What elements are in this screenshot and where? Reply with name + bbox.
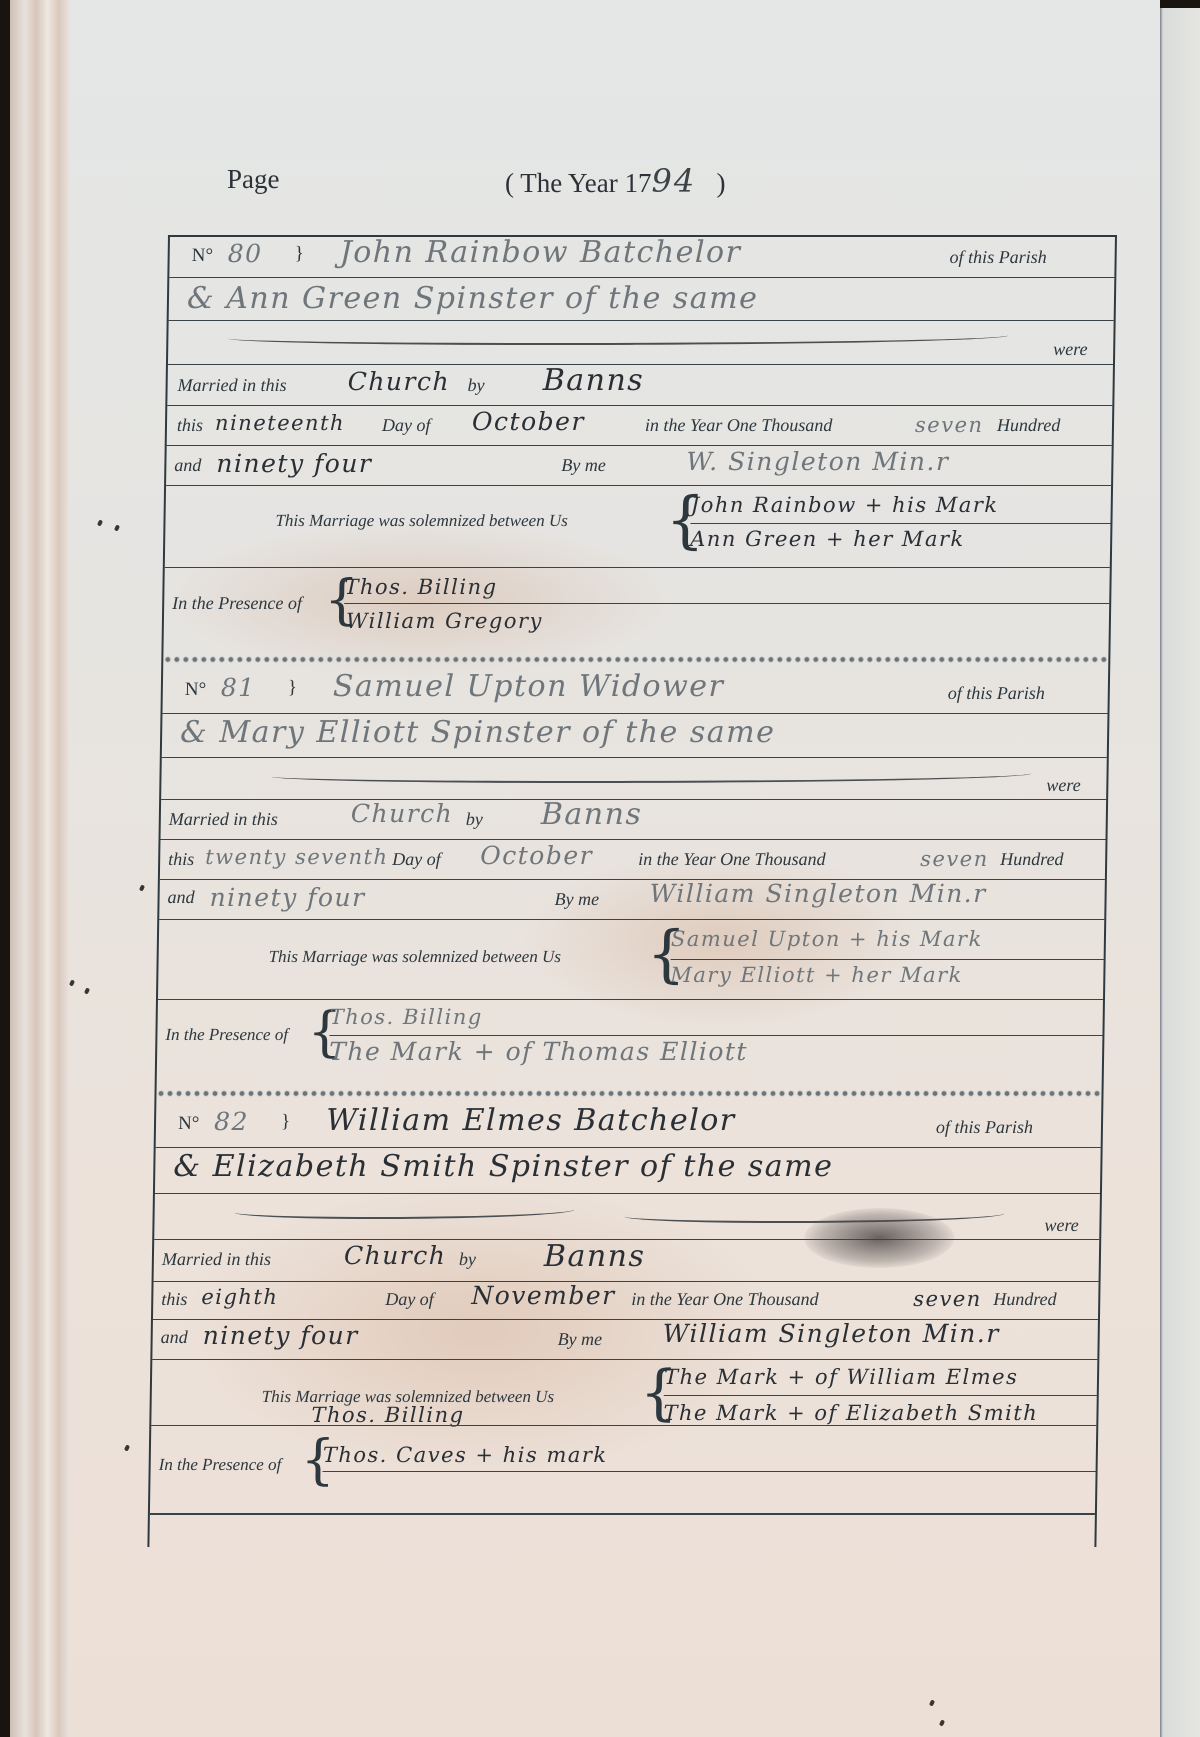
by-label: by — [467, 375, 484, 396]
brace-mark: } — [288, 677, 297, 699]
decade: ninety four — [209, 883, 365, 912]
century-word: seven — [920, 847, 989, 871]
decade: ninety four — [216, 449, 372, 478]
bride-line: & Ann Green Spinster of the same — [187, 281, 759, 316]
parish-label: of this Parish — [936, 1117, 1033, 1138]
year-label: in the Year One Thousand — [638, 849, 826, 870]
bride-signature: Mary Elliott + her Mark — [670, 963, 963, 987]
bride-line: & Elizabeth Smith Spinster of the same — [173, 1149, 834, 1184]
and-label: and — [167, 887, 194, 908]
brace-mark: } — [281, 1111, 290, 1133]
this-label: this — [177, 415, 203, 436]
decade: ninety four — [202, 1321, 358, 1350]
presence-label: In the Presence of — [172, 593, 302, 614]
married-in-label: Married in this — [162, 1249, 271, 1270]
century-word: seven — [915, 413, 984, 437]
and-label: and — [174, 455, 201, 476]
officiant-signature: W. Singleton Min.r — [686, 447, 949, 476]
by-method: Banns — [544, 1239, 646, 1274]
page-header: Page ( The Year 1794 ) — [0, 158, 1200, 198]
number-label: N° — [185, 679, 207, 701]
month: November — [471, 1281, 616, 1310]
bride-signature: Ann Green + her Mark — [690, 527, 965, 551]
witness-1: Thos. Billing — [311, 1403, 464, 1427]
filler-flourish — [235, 1203, 575, 1219]
by-me-label: By me — [561, 455, 606, 476]
day-of-label: Day of — [385, 1289, 434, 1310]
witness-2: The Mark + of Thomas Elliott — [329, 1037, 748, 1066]
bride-signature: The Mark + of Elizabeth Smith — [663, 1401, 1038, 1425]
groom-signature: The Mark + of William Elmes — [664, 1365, 1019, 1389]
day-of-label: Day of — [382, 415, 431, 436]
day: nineteenth — [215, 411, 345, 435]
witness-2: Thos. Caves + his mark — [323, 1443, 608, 1467]
hundred-label: Hundred — [1000, 849, 1064, 870]
officiant-signature: William Singleton Min.r — [663, 1319, 1001, 1348]
married-in-label: Married in this — [169, 809, 278, 830]
witness-2: William Gregory — [346, 609, 543, 633]
by-label: by — [459, 1249, 476, 1270]
groom-name: John Rainbow Batchelor — [339, 235, 741, 270]
officiant-signature: William Singleton Min.r — [649, 879, 987, 908]
entry-number: 80 — [227, 239, 262, 268]
day: twenty seventh — [205, 845, 389, 869]
witness-1: Thos. Billing — [344, 575, 497, 599]
entry-number: 81 — [221, 673, 256, 702]
number-label: N° — [191, 245, 213, 267]
and-label: and — [161, 1327, 188, 1348]
page-label: Page — [227, 164, 279, 195]
parish-label: of this Parish — [949, 247, 1046, 268]
were-label: were — [1046, 775, 1081, 796]
hundred-label: Hundred — [997, 415, 1061, 436]
entry-divider — [163, 655, 1108, 664]
presence-label: In the Presence of — [159, 1455, 282, 1475]
year-heading: ( The Year 1794 ) — [505, 162, 725, 200]
brace-mark: } — [295, 243, 304, 265]
marriage-register-table: N° 80 } John Rainbow Batchelor of this P… — [147, 235, 1117, 1547]
year-handwritten: 94 — [651, 162, 696, 200]
presence-label: In the Presence of — [165, 1025, 288, 1045]
by-me-label: By me — [557, 1329, 602, 1350]
ink-smudge — [804, 1208, 955, 1268]
month: October — [472, 407, 585, 436]
this-label: this — [168, 849, 194, 870]
entry-number: 82 — [214, 1107, 249, 1136]
this-label: this — [161, 1289, 187, 1310]
groom-signature: John Rainbow + his Mark — [691, 493, 999, 517]
facing-page-edge — [1160, 8, 1200, 1737]
bride-line: & Mary Elliott Spinster of the same — [180, 715, 776, 750]
groom-signature: Samuel Upton + his Mark — [671, 927, 983, 951]
by-method: Banns — [541, 797, 643, 832]
solemnized-label: This Marriage was solemnized between Us — [269, 947, 562, 967]
filler-flourish — [271, 767, 1031, 783]
place: Church — [347, 367, 450, 396]
filler-flourish — [228, 329, 1008, 345]
number-label: N° — [178, 1113, 200, 1135]
groom-name: Samuel Upton Widower — [333, 669, 725, 704]
parish-label: of this Parish — [948, 683, 1045, 704]
entry-divider — [156, 1089, 1101, 1098]
month: October — [480, 841, 593, 870]
place: Church — [351, 799, 454, 828]
day: eighth — [201, 1285, 278, 1309]
by-method: Banns — [542, 363, 644, 398]
were-label: were — [1044, 1215, 1079, 1236]
day-of-label: Day of — [392, 849, 441, 870]
witness-1: Thos. Billing — [330, 1005, 483, 1029]
year-label: in the Year One Thousand — [645, 415, 833, 436]
groom-name: William Elmes Batchelor — [326, 1103, 736, 1138]
place: Church — [344, 1241, 447, 1270]
married-in-label: Married in this — [177, 375, 286, 396]
century-word: seven — [913, 1287, 982, 1311]
hundred-label: Hundred — [993, 1289, 1057, 1310]
by-me-label: By me — [554, 889, 599, 910]
filler-flourish — [624, 1207, 1004, 1223]
year-label: in the Year One Thousand — [631, 1289, 819, 1310]
solemnized-label: This Marriage was solemnized between Us — [275, 511, 568, 531]
were-label: were — [1053, 339, 1088, 360]
by-label: by — [466, 809, 483, 830]
